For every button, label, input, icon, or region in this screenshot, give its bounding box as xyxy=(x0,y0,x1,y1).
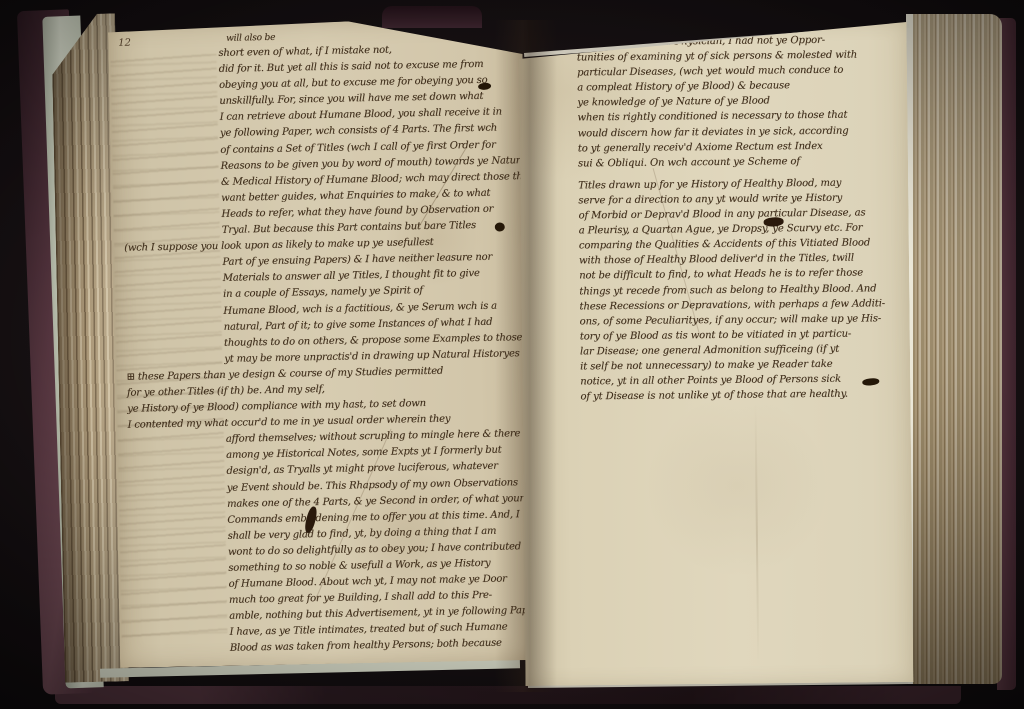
page-edges-right xyxy=(906,14,1002,684)
left-page-text-block: will also be short even of what, if I mi… xyxy=(120,26,544,659)
paper-crease xyxy=(755,404,760,666)
manuscript-line: would discern how far it deviates in ye … xyxy=(578,123,884,141)
right-page-paragraph-2: Titles drawn up for ye History of Health… xyxy=(578,175,886,405)
manuscript-line: sui & Obliqui. On wch account ye Scheme … xyxy=(578,153,884,171)
left-page: 12 will also be short even of what, if I… xyxy=(108,18,534,668)
right-page-text-block: being no professed Physician, I had not … xyxy=(577,32,886,404)
manuscript-line: tory of ye Blood as tis wont to be vitia… xyxy=(580,326,886,344)
right-page: being no professed Physician, I had not … xyxy=(519,22,914,686)
right-page-paragraph-1: being no professed Physician, I had not … xyxy=(577,32,884,171)
left-page-lines: short even of what, if I mistake not,did… xyxy=(120,40,544,659)
manuscript-photo: 12 will also be short even of what, if I… xyxy=(0,0,1024,709)
book-spine-top xyxy=(382,6,482,28)
manuscript-line: of yt Disease is not unlike yt of those … xyxy=(580,386,886,404)
book-bottom-cover-edge xyxy=(55,686,961,704)
